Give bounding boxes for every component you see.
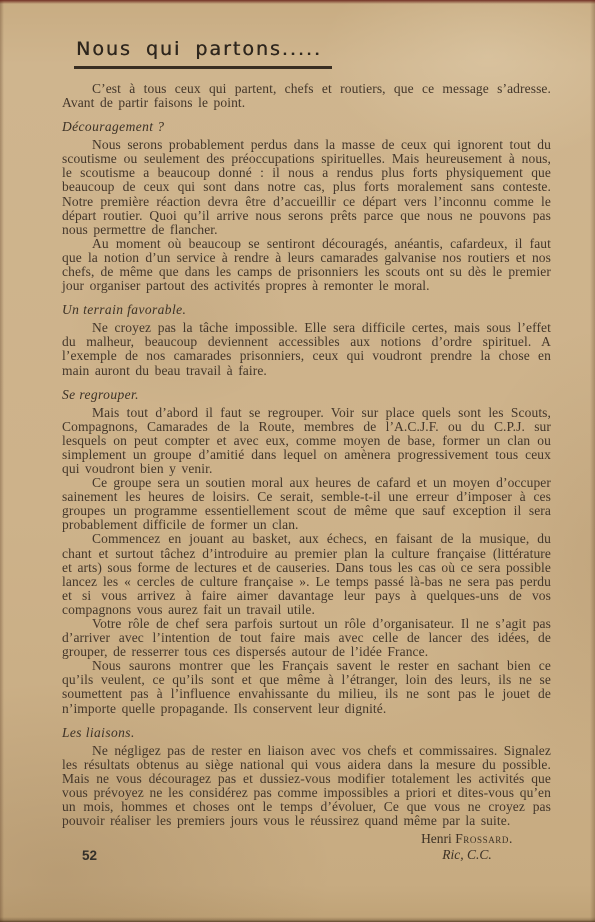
section-heading-terrain-favorable: Un terrain favorable. (62, 302, 551, 318)
signature-block: Henri Frossard. Ric, C.C. (421, 831, 513, 863)
paragraph: Au moment où beaucoup se sentiront décou… (62, 237, 551, 293)
paragraph: Ne négligez pas de rester en liaison ave… (62, 744, 551, 829)
section-heading-decouragement: Découragement ? (62, 119, 551, 135)
paragraph: Votre rôle de chef sera parfois surtout … (62, 617, 551, 659)
paragraph: Nous serons probablement perdus dans la … (62, 138, 551, 237)
paragraph: Nous saurons montrer que les Français sa… (62, 659, 551, 715)
intro-paragraph: C’est à tous ceux qui partent, chefs et … (62, 82, 551, 110)
page-number: 52 (82, 848, 97, 863)
paragraph: Mais tout d’abord il faut se regrouper. … (62, 406, 551, 476)
signature-first-name: Henri (421, 831, 452, 846)
signature-role: Ric, C.C. (421, 847, 513, 863)
paragraph: Commencez en jouant au basket, aux échec… (62, 532, 551, 617)
section-heading-les-liaisons: Les liaisons. (62, 725, 551, 741)
scanned-page: Nous qui partons..... C’est à tous ceux … (0, 0, 595, 828)
page-title: Nous qui partons..... (74, 38, 332, 69)
paragraph: Ne croyez pas la tâche impossible. Elle … (62, 321, 551, 377)
section-heading-se-regrouper: Se regrouper. (62, 387, 551, 403)
signature-name: Henri Frossard. (421, 831, 513, 847)
signature-surname: Frossard. (455, 831, 513, 846)
paragraph: Ce groupe sera un soutien moral aux heur… (62, 476, 551, 532)
